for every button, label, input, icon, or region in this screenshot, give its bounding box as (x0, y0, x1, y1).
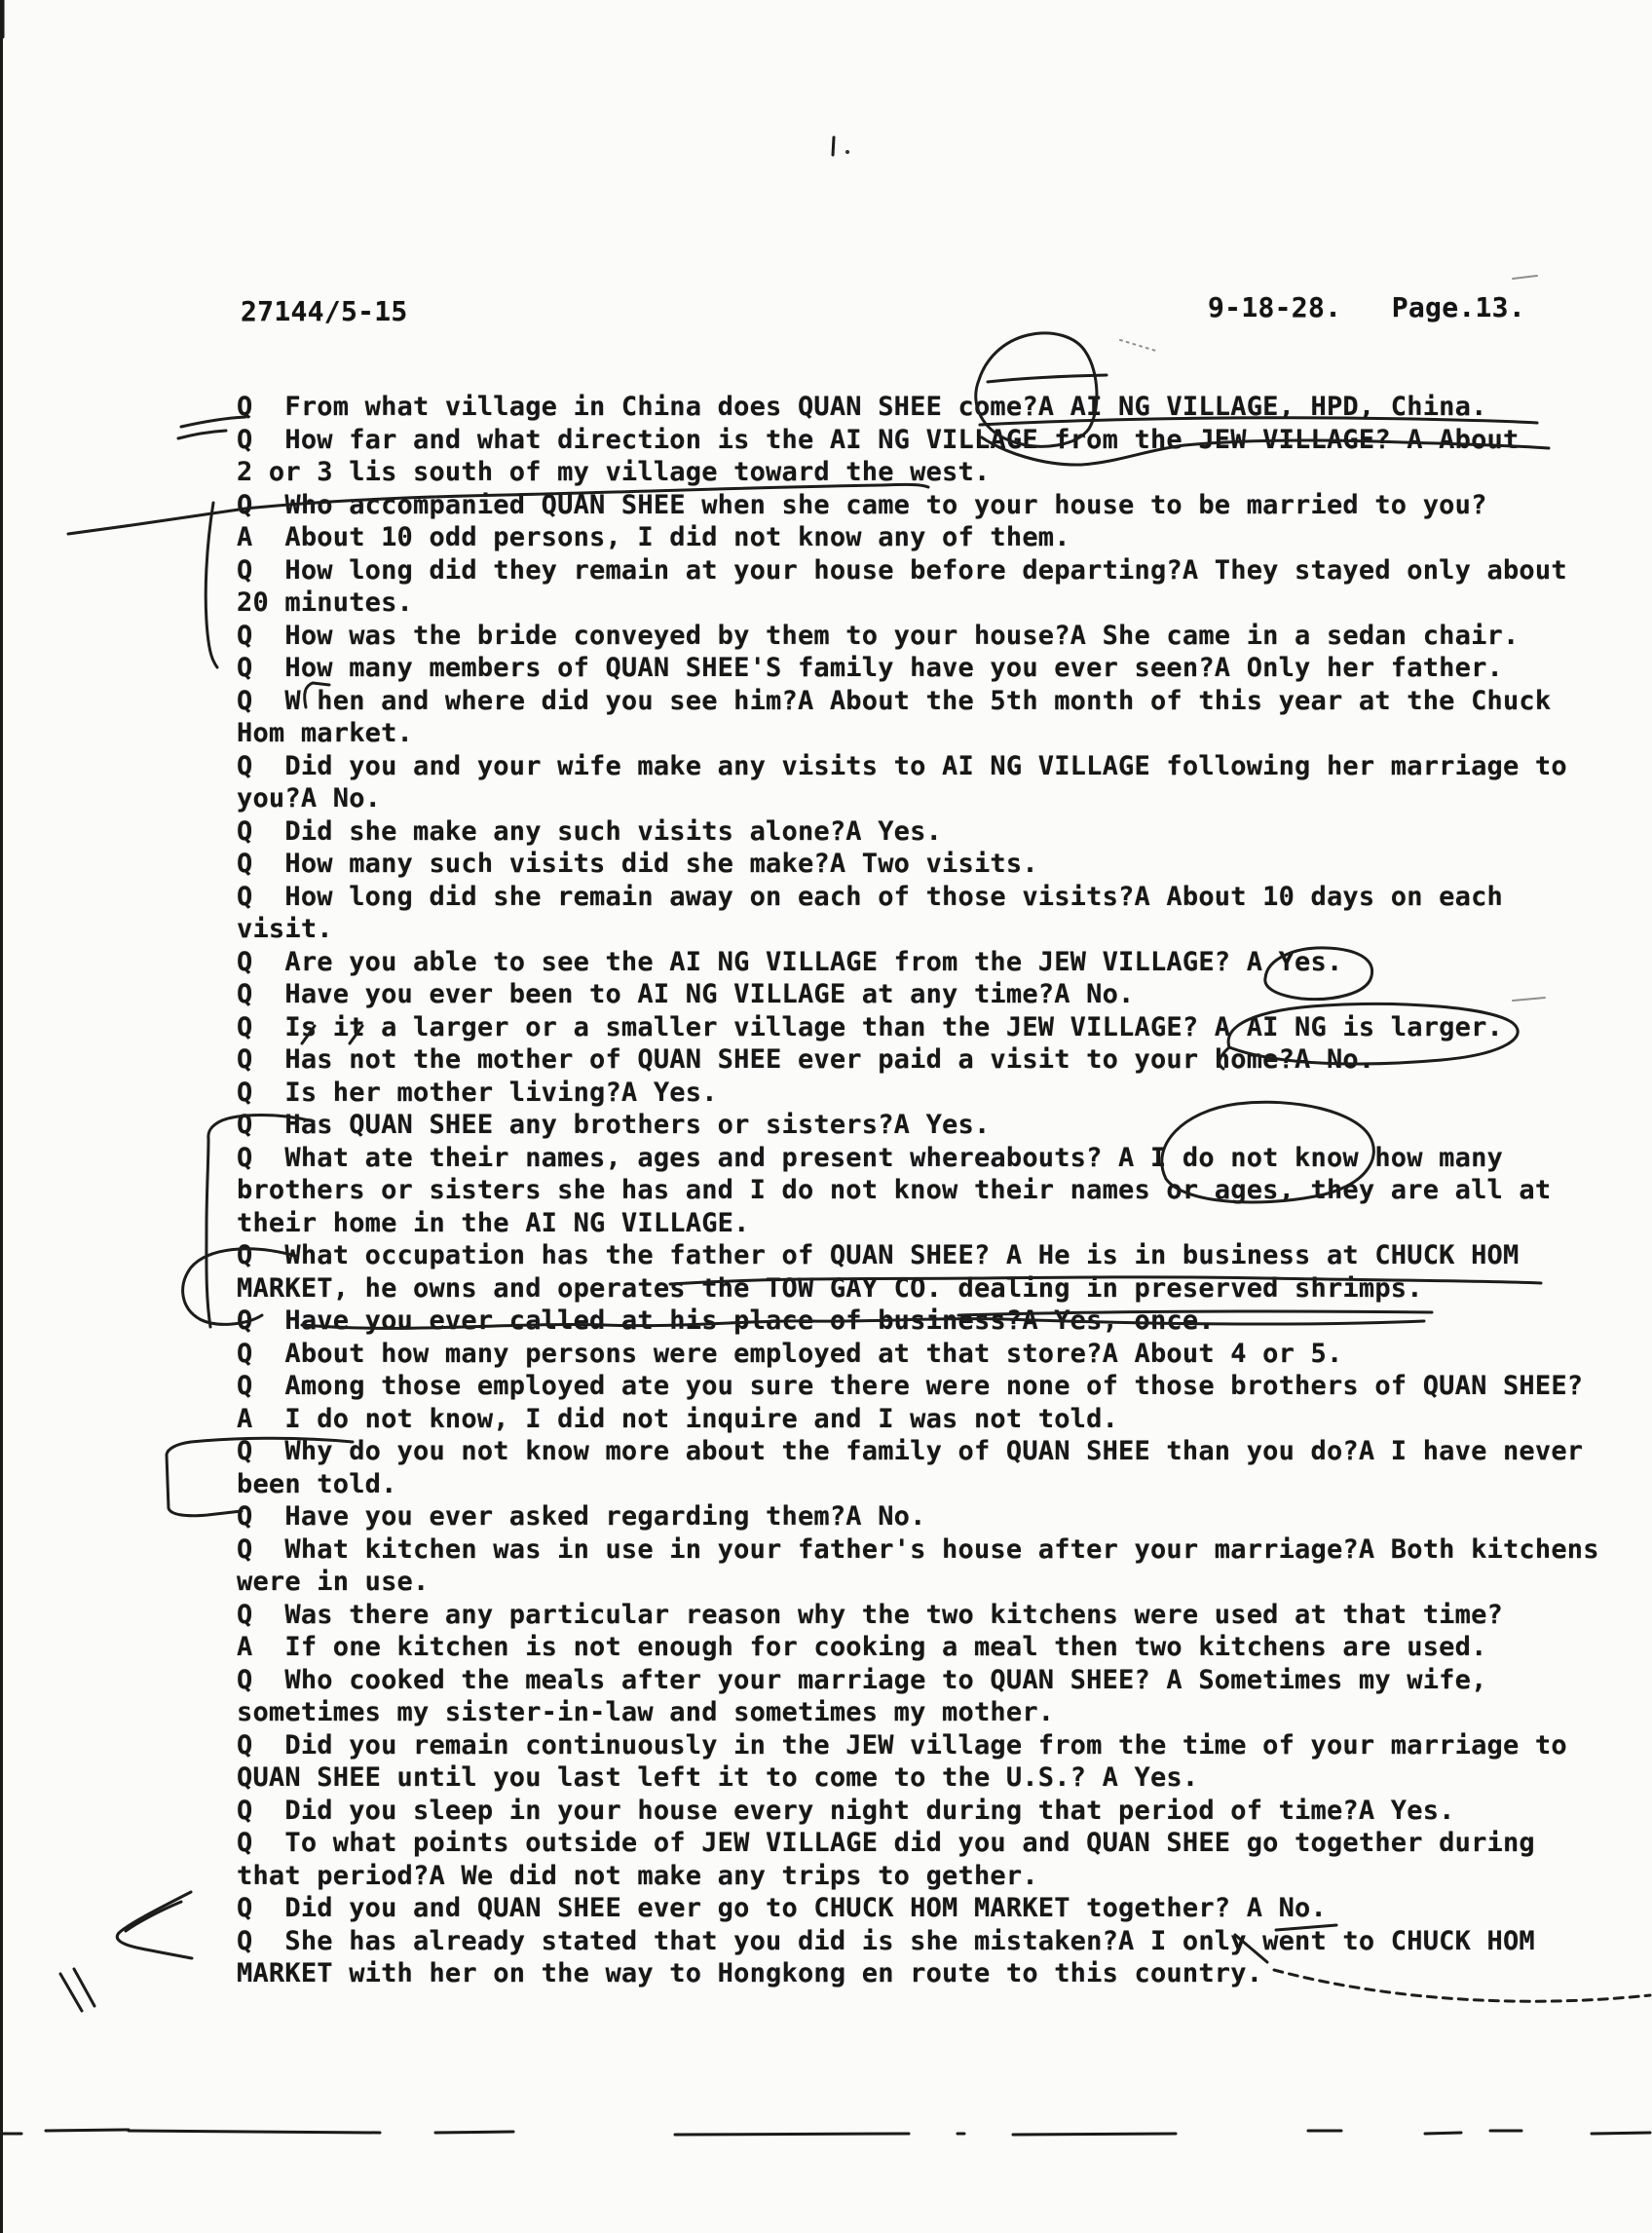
transcript-line: sometimes my sister-in-law and sometimes… (237, 1696, 1620, 1729)
transcript-line: Q Did she make any such visits alone?A Y… (237, 815, 1620, 849)
transcript-line: MARKET, he owns and operates the TOW GAY… (237, 1272, 1620, 1306)
date-and-page-number: 9-18-28. Page.13. (1208, 291, 1525, 323)
transcript-line: Q How many members of QUAN SHEE'S family… (237, 652, 1620, 685)
transcript-line: Q To what points outside of JEW VILLAGE … (237, 1827, 1620, 1860)
transcript-line: Q What occupation has the father of QUAN… (237, 1239, 1620, 1272)
transcript-line: were in use. (237, 1566, 1620, 1599)
stray-dash-top-right (1513, 276, 1537, 279)
transcript-line: Q About how many persons were employed a… (237, 1338, 1620, 1371)
transcript-line: A I do not know, I did not inquire and I… (237, 1403, 1620, 1436)
transcript-line: Q She has already stated that you did is… (237, 1925, 1620, 1958)
transcript-line: Q W hen and where did you see him?A Abou… (237, 685, 1620, 718)
transcript-line: Q Who accompanied QUAN SHEE when she cam… (237, 489, 1620, 522)
transcript-line: Q How far and what direction is the AI N… (237, 424, 1620, 457)
transcript-line: Q Did you sleep in your house every nigh… (237, 1795, 1620, 1828)
transcript-line: Q Did you and your wife make any visits … (237, 750, 1620, 783)
stray-dot-top-center (845, 150, 849, 154)
transcript-line: Q Are you able to see the AI NG VILLAGE … (237, 946, 1620, 979)
transcript-line: Q Did you and QUAN SHEE ever go to CHUCK… (237, 1892, 1620, 1925)
transcript-line: Q Have you ever asked regarding them?A N… (237, 1500, 1620, 1533)
stray-dotted-slash (1120, 340, 1159, 352)
transcript-line: MARKET with her on the way to Hongkong e… (237, 1957, 1620, 1990)
transcript-line: A If one kitchen is not enough for cooki… (237, 1631, 1620, 1664)
transcript-line: Q How long did they remain at your house… (237, 554, 1620, 587)
transcript-line: Q What ate their names, ages and present… (237, 1142, 1620, 1175)
scan-line-bottom (0, 2130, 1650, 2135)
margin-chevron (117, 1892, 192, 1958)
transcript-line: 2 or 3 lis south of my village toward th… (237, 456, 1620, 489)
transcript-line: Q Has not the mother of QUAN SHEE ever p… (237, 1043, 1620, 1077)
interrogation-transcript: Q From what village in China does QUAN S… (237, 391, 1620, 1990)
transcript-line: Hom market. (237, 717, 1620, 750)
transcript-line: Q Is it a larger or a smaller village th… (237, 1011, 1620, 1044)
transcript-line: Q Did you remain continuously in the JEW… (237, 1729, 1620, 1762)
transcript-line: Q Is her mother living?A Yes. (237, 1077, 1620, 1110)
transcript-line: Q Why do you not know more about the fam… (237, 1435, 1620, 1468)
stray-mark-top-center (833, 137, 834, 155)
transcript-line: their home in the AI NG VILLAGE. (237, 1207, 1620, 1240)
transcript-line: brothers or sisters she has and I do not… (237, 1174, 1620, 1207)
case-file-number: 27144/5-15 (241, 295, 408, 327)
transcript-line: Q What kitchen was in use in your father… (237, 1533, 1620, 1567)
transcript-line: that period?A We did not make any trips … (237, 1860, 1620, 1893)
emphasis-dash-2 (178, 431, 226, 438)
transcript-line: Q Was there any particular reason why th… (237, 1599, 1620, 1632)
transcript-line: 20 minutes. (237, 587, 1620, 620)
margin-chevron-second-stroke (126, 1902, 181, 1931)
transcript-line: Q How was the bride conveyed by them to … (237, 620, 1620, 653)
transcript-line: Q Have you ever been to AI NG VILLAGE at… (237, 978, 1620, 1011)
margin-hatch-1 (60, 1974, 82, 2011)
transcript-line: Q How long did she remain away on each o… (237, 881, 1620, 914)
transcript-line: Q Have you ever called at his place of b… (237, 1305, 1620, 1338)
margin-hatch-2 (74, 1969, 94, 2006)
pen-circle-ai-ng-tick (988, 375, 1107, 382)
transcript-line: Q Who cooked the meals after your marria… (237, 1664, 1620, 1697)
transcript-line: visit. (237, 913, 1620, 946)
transcript-line: Q Has QUAN SHEE any brothers or sisters?… (237, 1109, 1620, 1142)
transcript-line: Q From what village in China does QUAN S… (237, 391, 1620, 424)
transcript-line: QUAN SHEE until you last left it to come… (237, 1761, 1620, 1795)
transcript-line: you?A No. (237, 782, 1620, 815)
transcript-line: Q Among those employed ate you sure ther… (237, 1370, 1620, 1403)
margin-line-wedding-questions (206, 503, 217, 667)
transcript-line: been told. (237, 1468, 1620, 1501)
document-page: 27144/5-15 9-18-28. Page.13. Q From what… (0, 0, 1652, 2233)
transcript-line: A About 10 odd persons, I did not know a… (237, 521, 1620, 554)
transcript-line: Q How many such visits did she make?A Tw… (237, 848, 1620, 881)
